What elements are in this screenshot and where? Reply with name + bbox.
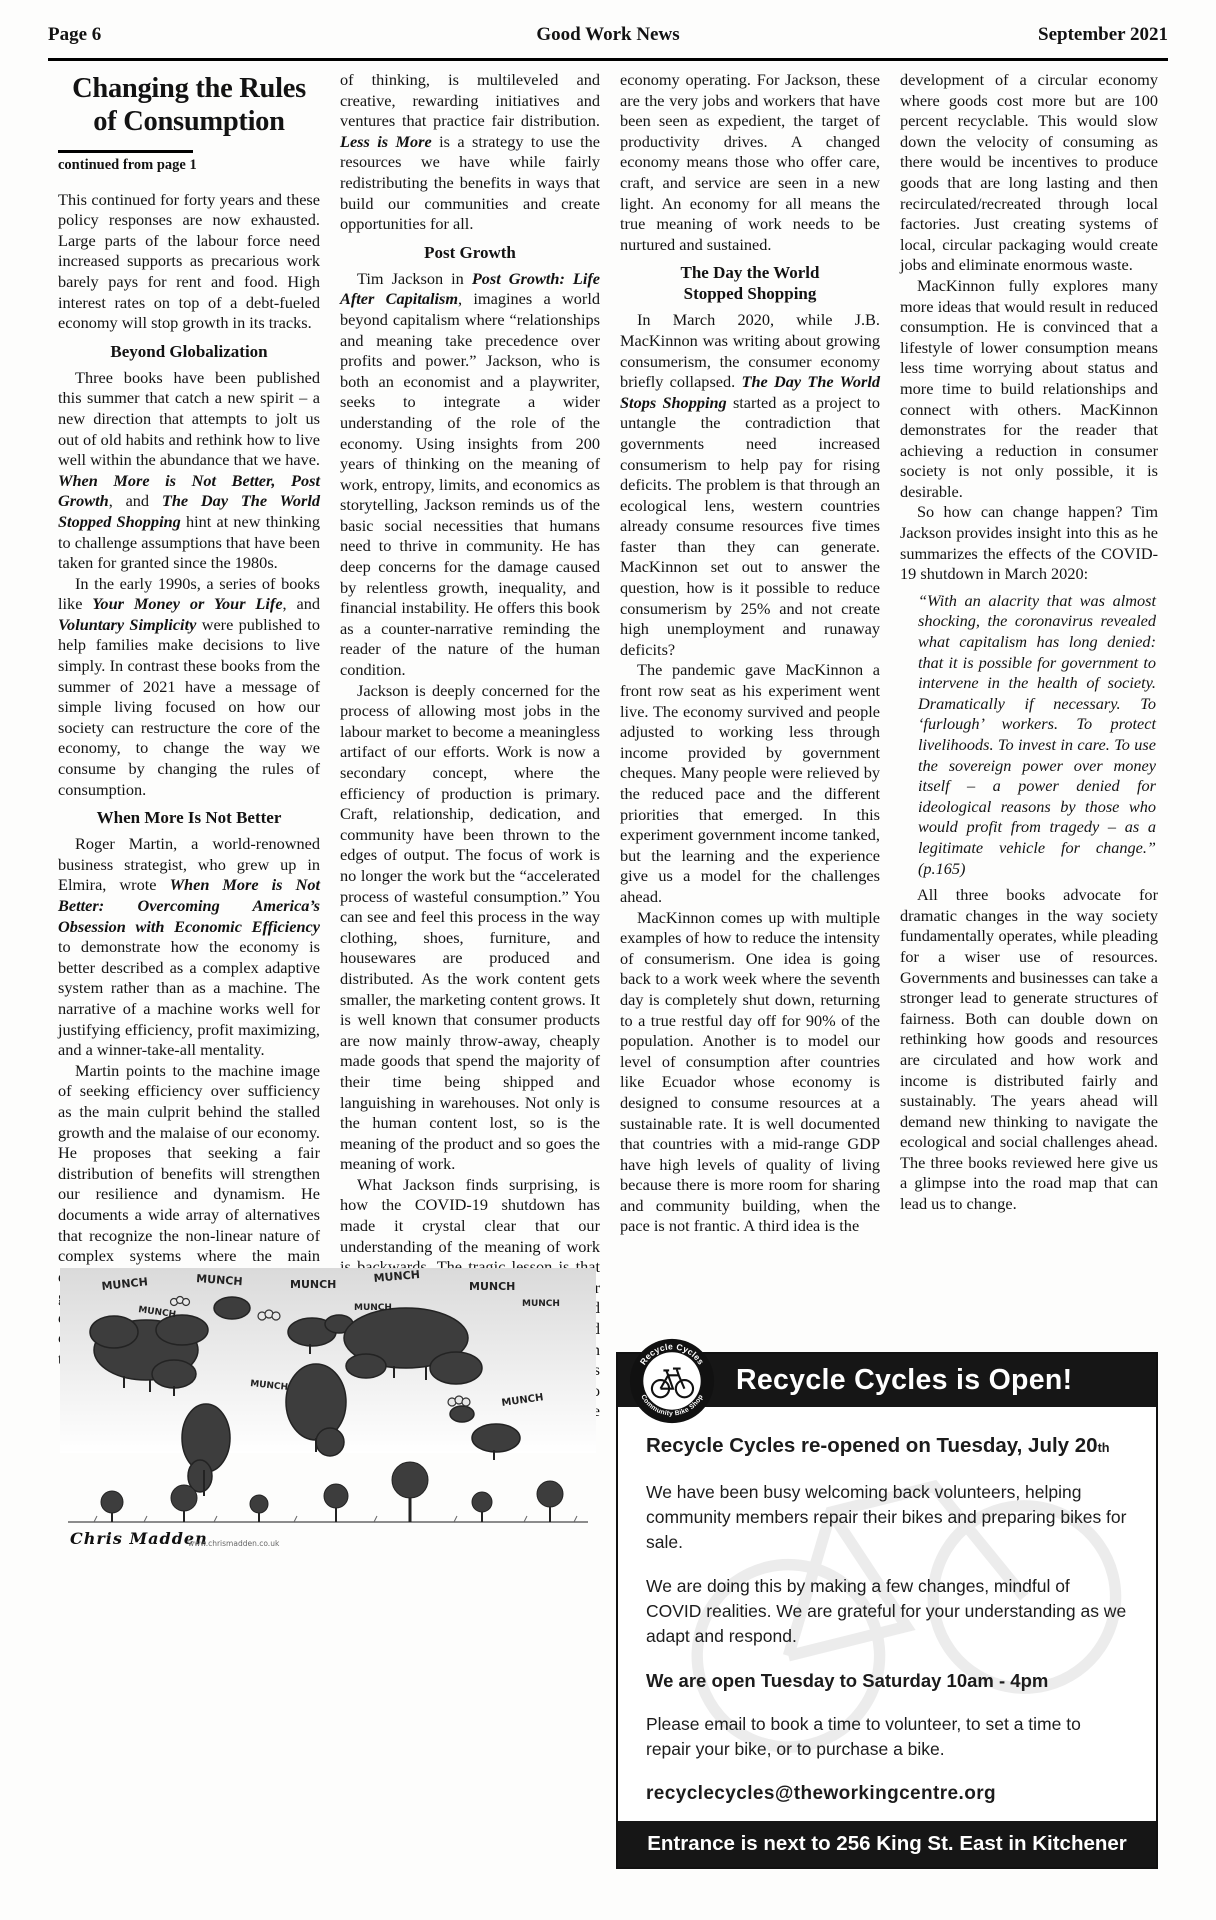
section-heading-beyond-globalization: Beyond Globalization (58, 341, 320, 362)
editorial-cartoon: MUNCH MUNCH MUNCH MUNCH MUNCH MUNCH MUNC… (54, 1266, 602, 1558)
cartoon-trees (101, 1462, 563, 1522)
article-paragraph: All three books advocate for dramatic ch… (900, 885, 1158, 1215)
munch-label: MUNCH (290, 1278, 336, 1291)
section-heading-post-growth: Post Growth (340, 242, 600, 263)
cartoon-url: www.chrismadden.co.uk (188, 1539, 280, 1548)
article-paragraph: MacKinnon comes up with multiple example… (620, 908, 880, 1238)
article-paragraph: Three books have been published this sum… (58, 368, 320, 574)
article-paragraph: Jackson is deeply concerned for the proc… (340, 681, 600, 1175)
ad-footer: Entrance is next to 256 King St. East in… (618, 1821, 1156, 1867)
continued-from-label: continued from page 1 (58, 155, 320, 176)
publication-title: Good Work News (268, 24, 948, 46)
article-paragraph: The pandemic gave MacKinnon a front row … (620, 660, 880, 907)
masthead: Page 6 Good Work News September 2021 (48, 24, 1168, 46)
ad-footer-text: Entrance is next to 256 King St. East in… (647, 1832, 1127, 1856)
munch-label: MUNCH (522, 1299, 560, 1309)
ad-body: Recycle Cycles re-opened on Tuesday, Jul… (618, 1407, 1156, 1806)
continued-rule (58, 150, 193, 153)
article-column-2: of thinking, is multileveled and creativ… (340, 70, 600, 1443)
article-paragraph: MacKinnon fully explores many more ideas… (900, 276, 1158, 503)
masthead-rule (48, 58, 1168, 61)
cartoon-ground (68, 1516, 588, 1522)
article-paragraph: Tim Jackson in Post Growth: Life After C… (340, 269, 600, 681)
article-paragraph: of thinking, is multileveled and creativ… (340, 70, 600, 235)
article-paragraph: In the early 1990s, a series of books li… (58, 574, 320, 801)
article-title: Changing the Rules of Consumption (58, 72, 320, 138)
ad-heading: Recycle Cycles re-opened on Tuesday, Jul… (646, 1433, 1130, 1460)
ad-paragraph: We have been busy welcoming back volunte… (646, 1480, 1130, 1555)
article-paragraph: economy operating. For Jackson, these ar… (620, 70, 880, 255)
article-paragraph: So how can change happen? Tim Jackson pr… (900, 502, 1158, 584)
ad-banner-text: Recycle Cycles is Open! (736, 1364, 1072, 1397)
block-quote: “With an alacrity that was almost shocki… (918, 591, 1156, 879)
section-heading-when-more-is-not-better: When More Is Not Better (58, 807, 320, 828)
ad-paragraph: Please email to book a time to volunteer… (646, 1712, 1130, 1762)
recycle-cycles-logo: Recycle Cycles Community Bike Shop (628, 1337, 716, 1425)
page-number: Page 6 (48, 24, 268, 46)
recycle-cycles-ad: Recycle Cycles Community Bike Shop Recyc… (616, 1352, 1158, 1869)
ad-email-address: recyclecycles@theworkingcentre.org (646, 1781, 1130, 1806)
munch-label: MUNCH (354, 1303, 392, 1313)
ad-paragraph: We are doing this by making a few change… (646, 1574, 1130, 1649)
article-paragraph: This continued for forty years and these… (58, 190, 320, 334)
logo-inner (643, 1352, 700, 1409)
article-column-3: economy operating. For Jackson, these ar… (620, 70, 880, 1237)
article-paragraph: In March 2020, while J.B. MacKinnon was … (620, 310, 880, 660)
ad-hours: We are open Tuesday to Saturday 10am - 4… (646, 1668, 1130, 1693)
munch-label: MUNCH (469, 1280, 515, 1293)
section-heading-day-world-stopped-shopping: The Day the World Stopped Shopping (663, 262, 838, 304)
cartoon-world-map: MUNCH MUNCH MUNCH MUNCH MUNCH MUNCH MUNC… (54, 1266, 602, 1558)
ad-banner: Recycle Cycles Community Bike Shop Recyc… (618, 1354, 1156, 1407)
article-column-1: Changing the Rules of Consumption contin… (58, 70, 320, 1390)
article-column-4: development of a circular economy where … (900, 70, 1158, 1215)
issue-date: September 2021 (948, 24, 1168, 46)
article-paragraph: Roger Martin, a world-renowned business … (58, 834, 320, 1061)
article-paragraph: development of a circular economy where … (900, 70, 1158, 276)
